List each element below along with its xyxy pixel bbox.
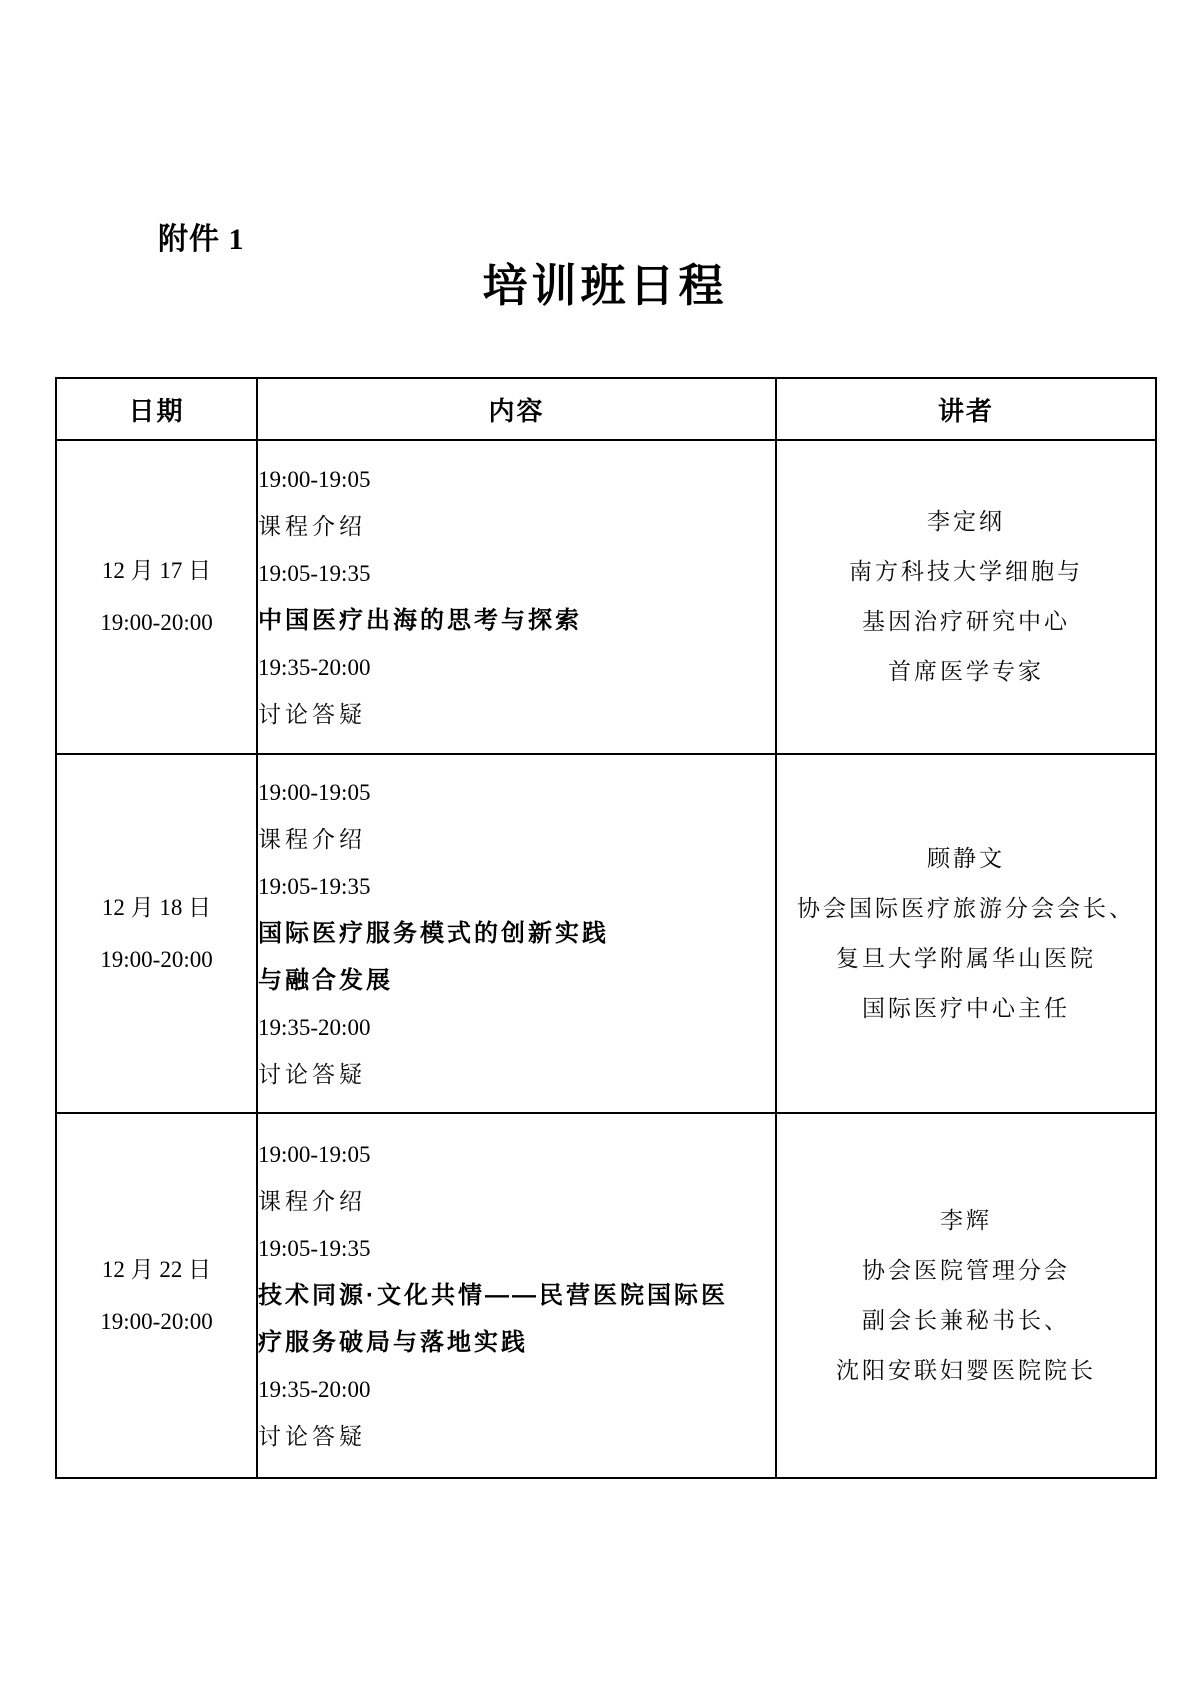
course-title: 中国医疗出海的思考与探索 xyxy=(258,597,775,644)
content-line: 19:05-19:35 xyxy=(258,1225,775,1272)
date-time-line: 19:00-20:00 xyxy=(57,934,256,986)
content-line: 课程介绍 xyxy=(258,816,775,863)
speaker-line: 沈阳安联妇婴医院院长 xyxy=(777,1346,1155,1396)
table-row: 12 月 22 日 19:00-20:00 19:00-19:05 课程介绍 1… xyxy=(56,1113,1156,1478)
content-line: 19:35-20:00 xyxy=(258,644,775,691)
header-speaker: 讲者 xyxy=(776,378,1156,440)
course-title: 技术同源·文化共情——民营医院国际医 xyxy=(258,1272,775,1319)
content-line: 课程介绍 xyxy=(258,503,775,550)
speaker-name: 顾静文 xyxy=(777,834,1155,884)
speaker-line: 协会国际医疗旅游分会会长、 xyxy=(777,884,1155,934)
speaker-name: 李定纲 xyxy=(777,497,1155,547)
speaker-cell: 李辉 协会医院管理分会 副会长兼秘书长、 沈阳安联妇婴医院院长 xyxy=(776,1113,1156,1478)
date-cell: 12 月 22 日 19:00-20:00 xyxy=(56,1113,257,1478)
course-title: 国际医疗服务模式的创新实践 xyxy=(258,910,775,957)
content-cell: 19:00-19:05 课程介绍 19:05-19:35 中国医疗出海的思考与探… xyxy=(257,440,776,754)
document-page: 附件 1 培训班日程 日期 内容 讲者 12 月 17 日 19:00-20:0… xyxy=(0,0,1190,1683)
table-row: 12 月 18 日 19:00-20:00 19:00-19:05 课程介绍 1… xyxy=(56,754,1156,1113)
content-line: 讨论答疑 xyxy=(258,1413,775,1460)
date-line: 12 月 22 日 xyxy=(57,1244,256,1296)
content-line: 课程介绍 xyxy=(258,1178,775,1225)
table-header-row: 日期 内容 讲者 xyxy=(56,378,1156,440)
speaker-line: 国际医疗中心主任 xyxy=(777,984,1155,1034)
date-line: 12 月 17 日 xyxy=(57,545,256,597)
header-content: 内容 xyxy=(257,378,776,440)
attachment-label: 附件 1 xyxy=(158,222,245,258)
schedule-table: 日期 内容 讲者 12 月 17 日 19:00-20:00 19:00-19:… xyxy=(55,377,1157,1479)
content-line: 19:05-19:35 xyxy=(258,550,775,597)
speaker-line: 协会医院管理分会 xyxy=(777,1246,1155,1296)
content-line: 19:00-19:05 xyxy=(258,456,775,503)
speaker-line: 首席医学专家 xyxy=(777,647,1155,697)
date-time-line: 19:00-20:00 xyxy=(57,1296,256,1348)
date-time-line: 19:00-20:00 xyxy=(57,597,256,649)
date-line: 12 月 18 日 xyxy=(57,882,256,934)
date-cell: 12 月 17 日 19:00-20:00 xyxy=(56,440,257,754)
speaker-cell: 李定纲 南方科技大学细胞与 基因治疗研究中心 首席医学专家 xyxy=(776,440,1156,754)
course-title: 疗服务破局与落地实践 xyxy=(258,1319,775,1366)
content-line: 讨论答疑 xyxy=(258,1051,775,1098)
speaker-line: 副会长兼秘书长、 xyxy=(777,1296,1155,1346)
content-line: 19:35-20:00 xyxy=(258,1366,775,1413)
course-title: 与融合发展 xyxy=(258,957,775,1004)
content-line: 19:00-19:05 xyxy=(258,1131,775,1178)
speaker-name: 李辉 xyxy=(777,1196,1155,1246)
content-line: 19:35-20:00 xyxy=(258,1004,775,1051)
speaker-line: 南方科技大学细胞与 xyxy=(777,547,1155,597)
content-line: 19:00-19:05 xyxy=(258,769,775,816)
table-row: 12 月 17 日 19:00-20:00 19:00-19:05 课程介绍 1… xyxy=(56,440,1156,754)
page-title: 培训班日程 xyxy=(55,258,1155,314)
content-cell: 19:00-19:05 课程介绍 19:05-19:35 技术同源·文化共情——… xyxy=(257,1113,776,1478)
speaker-line: 基因治疗研究中心 xyxy=(777,597,1155,647)
speaker-cell: 顾静文 协会国际医疗旅游分会会长、 复旦大学附属华山医院 国际医疗中心主任 xyxy=(776,754,1156,1113)
speaker-line: 复旦大学附属华山医院 xyxy=(777,934,1155,984)
date-cell: 12 月 18 日 19:00-20:00 xyxy=(56,754,257,1113)
content-line: 讨论答疑 xyxy=(258,691,775,738)
header-date: 日期 xyxy=(56,378,257,440)
content-line: 19:05-19:35 xyxy=(258,863,775,910)
content-cell: 19:00-19:05 课程介绍 19:05-19:35 国际医疗服务模式的创新… xyxy=(257,754,776,1113)
